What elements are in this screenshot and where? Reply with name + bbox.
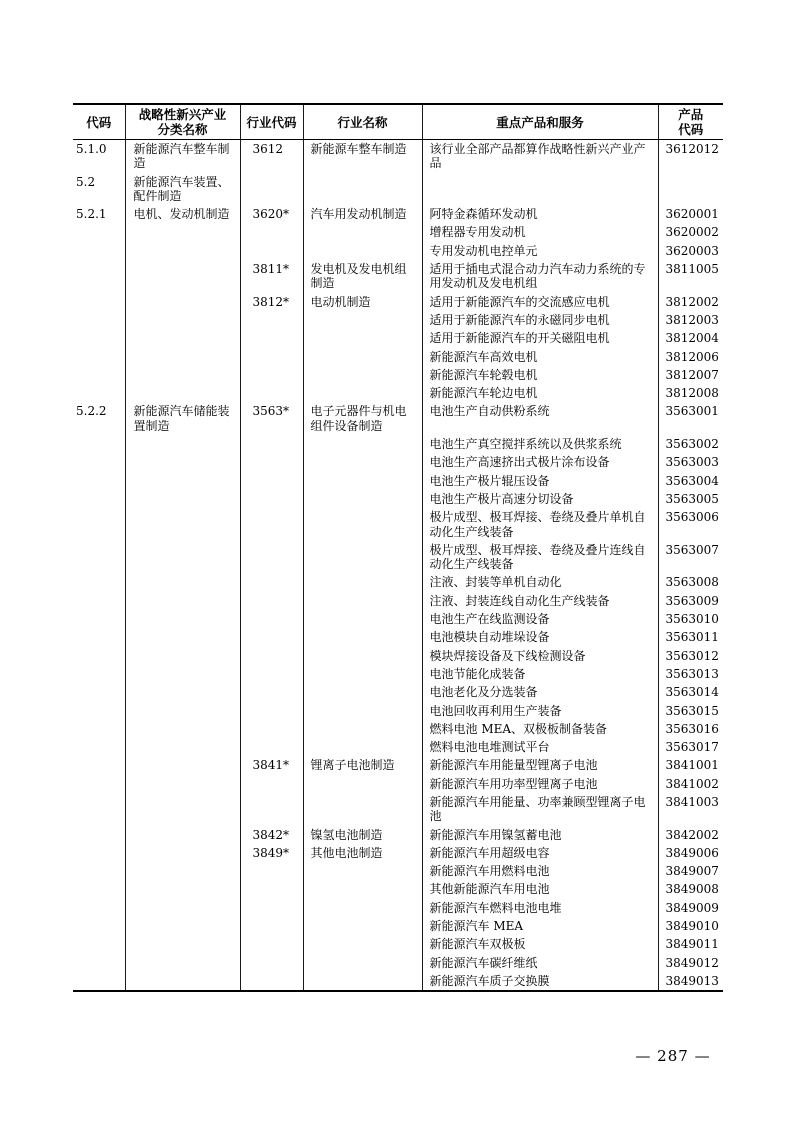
cell-code bbox=[73, 665, 125, 683]
cell-prod-code: 3563017 bbox=[658, 738, 723, 756]
cell-category bbox=[125, 935, 240, 953]
cell-ind-name bbox=[303, 775, 422, 793]
table-row: 电池生产极片辊压设备3563004 bbox=[73, 472, 723, 490]
cell-ind-name bbox=[303, 610, 422, 628]
header-product-code: 产品 代码 bbox=[658, 104, 723, 140]
cell-code bbox=[73, 702, 125, 720]
document-page: 代码 战略性新兴产业 分类名称 行业代码 行业名称 重点产品和服务 产品 代码 … bbox=[0, 0, 793, 1122]
cell-ind-name bbox=[303, 880, 422, 898]
cell-category bbox=[125, 702, 240, 720]
cell-prod-code: 3563004 bbox=[658, 472, 723, 490]
cell-code: 5.2.2 bbox=[73, 402, 125, 435]
table-row: 电池生产真空搅拌系统以及供浆系统3563002 bbox=[73, 435, 723, 453]
cell-ind-name: 汽车用发动机制造 bbox=[303, 205, 422, 223]
cell-ind-name: 发电机及发电机组制造 bbox=[303, 260, 422, 293]
cell-category bbox=[125, 384, 240, 402]
cell-code bbox=[73, 366, 125, 384]
cell-ind-code bbox=[240, 541, 303, 574]
cell-prod-code: 3849012 bbox=[658, 954, 723, 972]
cell-ind-name bbox=[303, 384, 422, 402]
cell-ind-name bbox=[303, 972, 422, 991]
cell-product: 电池生产在线监测设备 bbox=[422, 610, 658, 628]
cell-category bbox=[125, 826, 240, 844]
cell-ind-name bbox=[303, 665, 422, 683]
cell-ind-name bbox=[303, 348, 422, 366]
cell-ind-name bbox=[303, 573, 422, 591]
cell-product: 新能源汽车燃料电池电堆 bbox=[422, 899, 658, 917]
cell-product: 新能源汽车用镍氢蓄电池 bbox=[422, 826, 658, 844]
cell-code bbox=[73, 242, 125, 260]
cell-prod-code: 3563007 bbox=[658, 541, 723, 574]
cell-category bbox=[125, 683, 240, 701]
cell-ind-name bbox=[303, 508, 422, 541]
table-row: 5.2新能源汽车装置、配件制造 bbox=[73, 173, 723, 206]
table-row: 电池生产在线监测设备3563010 bbox=[73, 610, 723, 628]
cell-prod-code: 3849008 bbox=[658, 880, 723, 898]
cell-product: 其他新能源汽车用电池 bbox=[422, 880, 658, 898]
cell-code bbox=[73, 490, 125, 508]
cell-ind-name bbox=[303, 917, 422, 935]
cell-ind-code bbox=[240, 223, 303, 241]
table-row: 极片成型、极耳焊接、卷绕及叠片连线自动化生产线装备3563007 bbox=[73, 541, 723, 574]
cell-ind-code bbox=[240, 366, 303, 384]
table-row: 其他新能源汽车用电池3849008 bbox=[73, 880, 723, 898]
cell-category bbox=[125, 329, 240, 347]
cell-ind-name bbox=[303, 702, 422, 720]
cell-product: 阿特金森循环发动机 bbox=[422, 205, 658, 223]
table-row: 极片成型、极耳焊接、卷绕及叠片单机自动化生产线装备3563006 bbox=[73, 508, 723, 541]
cell-ind-name bbox=[303, 311, 422, 329]
cell-code bbox=[73, 899, 125, 917]
cell-code bbox=[73, 880, 125, 898]
table-body: 5.1.0新能源汽车整车制造3612新能源车整车制造该行业全部产品都算作战略性新… bbox=[73, 140, 723, 992]
cell-ind-code bbox=[240, 453, 303, 471]
cell-ind-code bbox=[240, 508, 303, 541]
cell-prod-code: 3563014 bbox=[658, 683, 723, 701]
cell-code bbox=[73, 720, 125, 738]
cell-category bbox=[125, 775, 240, 793]
cell-prod-code: 3812006 bbox=[658, 348, 723, 366]
cell-ind-name: 新能源车整车制造 bbox=[303, 140, 422, 173]
cell-code bbox=[73, 647, 125, 665]
cell-prod-code: 3812003 bbox=[658, 311, 723, 329]
cell-category bbox=[125, 311, 240, 329]
cell-ind-code: 3563* bbox=[240, 402, 303, 435]
cell-ind-code: 3612 bbox=[240, 140, 303, 173]
cell-ind-name bbox=[303, 793, 422, 826]
cell-ind-code bbox=[240, 665, 303, 683]
classification-table: 代码 战略性新兴产业 分类名称 行业代码 行业名称 重点产品和服务 产品 代码 … bbox=[73, 103, 723, 992]
cell-ind-code bbox=[240, 173, 303, 206]
table-row: 增程器专用发动机3620002 bbox=[73, 223, 723, 241]
cell-prod-code: 3563012 bbox=[658, 647, 723, 665]
cell-ind-name bbox=[303, 935, 422, 953]
cell-category bbox=[125, 665, 240, 683]
table-row: 模块焊接设备及下线检测设备3563012 bbox=[73, 647, 723, 665]
cell-ind-code bbox=[240, 490, 303, 508]
cell-category bbox=[125, 647, 240, 665]
cell-ind-name bbox=[303, 720, 422, 738]
cell-product: 电池生产极片高速分切设备 bbox=[422, 490, 658, 508]
cell-category bbox=[125, 793, 240, 826]
table-row: 电池生产高速挤出式极片涂布设备3563003 bbox=[73, 453, 723, 471]
cell-category bbox=[125, 756, 240, 774]
cell-ind-code bbox=[240, 862, 303, 880]
cell-product: 适用于新能源汽车的交流感应电机 bbox=[422, 293, 658, 311]
cell-product: 新能源汽车质子交换膜 bbox=[422, 972, 658, 991]
cell-product: 电池生产真空搅拌系统以及供浆系统 bbox=[422, 435, 658, 453]
table-row: 专用发动机电控单元3620003 bbox=[73, 242, 723, 260]
cell-ind-code bbox=[240, 472, 303, 490]
cell-prod-code: 3620001 bbox=[658, 205, 723, 223]
table-row: 新能源汽车双极板3849011 bbox=[73, 935, 723, 953]
cell-category bbox=[125, 453, 240, 471]
cell-code bbox=[73, 756, 125, 774]
cell-ind-name bbox=[303, 954, 422, 972]
cell-code bbox=[73, 793, 125, 826]
cell-prod-code: 3563015 bbox=[658, 702, 723, 720]
cell-ind-name bbox=[303, 223, 422, 241]
cell-ind-code bbox=[240, 954, 303, 972]
cell-category bbox=[125, 472, 240, 490]
cell-ind-name: 其他电池制造 bbox=[303, 844, 422, 862]
cell-category bbox=[125, 880, 240, 898]
cell-ind-code bbox=[240, 384, 303, 402]
cell-ind-name: 电子元器件与机电组件设备制造 bbox=[303, 402, 422, 435]
table-row: 新能源汽车轮毂电机3812007 bbox=[73, 366, 723, 384]
cell-ind-code bbox=[240, 628, 303, 646]
cell-ind-code bbox=[240, 793, 303, 826]
cell-ind-name bbox=[303, 453, 422, 471]
cell-code bbox=[73, 935, 125, 953]
cell-ind-code bbox=[240, 242, 303, 260]
table-row: 燃料电池 MEA、双极板制备装备3563016 bbox=[73, 720, 723, 738]
cell-code bbox=[73, 683, 125, 701]
cell-product: 新能源汽车轮边电机 bbox=[422, 384, 658, 402]
table-row: 新能源汽车用燃料电池3849007 bbox=[73, 862, 723, 880]
cell-code bbox=[73, 348, 125, 366]
table-row: 3841*锂离子电池制造新能源汽车用能量型锂离子电池3841001 bbox=[73, 756, 723, 774]
cell-code bbox=[73, 592, 125, 610]
cell-category: 电机、发动机制造 bbox=[125, 205, 240, 223]
cell-prod-code: 3812008 bbox=[658, 384, 723, 402]
cell-product: 电池生产极片辊压设备 bbox=[422, 472, 658, 490]
header-industry-name: 行业名称 bbox=[303, 104, 422, 140]
table-row: 3849*其他电池制造新能源汽车用超级电容3849006 bbox=[73, 844, 723, 862]
cell-ind-name bbox=[303, 490, 422, 508]
cell-category bbox=[125, 628, 240, 646]
cell-prod-code: 3563005 bbox=[658, 490, 723, 508]
cell-prod-code: 3849013 bbox=[658, 972, 723, 991]
cell-ind-name bbox=[303, 899, 422, 917]
cell-code bbox=[73, 917, 125, 935]
cell-product: 新能源汽车轮毂电机 bbox=[422, 366, 658, 384]
cell-ind-code bbox=[240, 702, 303, 720]
cell-product: 新能源汽车用能量、功率兼顾型锂离子电池 bbox=[422, 793, 658, 826]
cell-product bbox=[422, 173, 658, 206]
cell-category bbox=[125, 490, 240, 508]
header-row: 代码 战略性新兴产业 分类名称 行业代码 行业名称 重点产品和服务 产品 代码 bbox=[73, 104, 723, 140]
cell-code bbox=[73, 329, 125, 347]
cell-category bbox=[125, 610, 240, 628]
table-row: 新能源汽车用能量、功率兼顾型锂离子电池3841003 bbox=[73, 793, 723, 826]
cell-ind-code bbox=[240, 329, 303, 347]
cell-product: 注液、封装等单机自动化 bbox=[422, 573, 658, 591]
cell-product: 模块焊接设备及下线检测设备 bbox=[422, 647, 658, 665]
cell-ind-name bbox=[303, 472, 422, 490]
cell-ind-code bbox=[240, 917, 303, 935]
cell-product: 增程器专用发动机 bbox=[422, 223, 658, 241]
table-row: 新能源汽车燃料电池电堆3849009 bbox=[73, 899, 723, 917]
cell-ind-code: 3811* bbox=[240, 260, 303, 293]
cell-ind-code bbox=[240, 972, 303, 991]
cell-product: 新能源汽车双极板 bbox=[422, 935, 658, 953]
cell-ind-name bbox=[303, 628, 422, 646]
table-row: 3812*电动机制造适用于新能源汽车的交流感应电机3812002 bbox=[73, 293, 723, 311]
cell-code bbox=[73, 293, 125, 311]
cell-category bbox=[125, 917, 240, 935]
table-row: 电池回收再利用生产装备3563015 bbox=[73, 702, 723, 720]
table-row: 新能源汽车高效电机3812006 bbox=[73, 348, 723, 366]
cell-product: 新能源汽车高效电机 bbox=[422, 348, 658, 366]
cell-code bbox=[73, 738, 125, 756]
table-row: 5.1.0新能源汽车整车制造3612新能源车整车制造该行业全部产品都算作战略性新… bbox=[73, 140, 723, 173]
cell-code bbox=[73, 435, 125, 453]
cell-category bbox=[125, 899, 240, 917]
cell-category bbox=[125, 348, 240, 366]
table-row: 3842*镍氢电池制造新能源汽车用镍氢蓄电池3842002 bbox=[73, 826, 723, 844]
cell-category bbox=[125, 366, 240, 384]
cell-code bbox=[73, 541, 125, 574]
table-row: 适用于新能源汽车的开关磁阻电机3812004 bbox=[73, 329, 723, 347]
table-row: 新能源汽车轮边电机3812008 bbox=[73, 384, 723, 402]
cell-category bbox=[125, 573, 240, 591]
cell-ind-name bbox=[303, 435, 422, 453]
table-row: 新能源汽车用功率型锂离子电池3841002 bbox=[73, 775, 723, 793]
cell-code: 5.1.0 bbox=[73, 140, 125, 173]
cell-ind-code bbox=[240, 935, 303, 953]
table-row: 电池生产极片高速分切设备3563005 bbox=[73, 490, 723, 508]
cell-prod-code: 3812007 bbox=[658, 366, 723, 384]
cell-ind-name bbox=[303, 366, 422, 384]
cell-category: 新能源汽车储能装置制造 bbox=[125, 402, 240, 435]
cell-product: 电池生产自动供粉系统 bbox=[422, 402, 658, 435]
cell-prod-code: 3563001 bbox=[658, 402, 723, 435]
cell-code bbox=[73, 223, 125, 241]
cell-ind-code: 3849* bbox=[240, 844, 303, 862]
cell-prod-code: 3563010 bbox=[658, 610, 723, 628]
cell-prod-code: 3563016 bbox=[658, 720, 723, 738]
cell-product: 电池生产高速挤出式极片涂布设备 bbox=[422, 453, 658, 471]
cell-category bbox=[125, 508, 240, 541]
cell-ind-name bbox=[303, 738, 422, 756]
cell-code bbox=[73, 862, 125, 880]
table-row: 5.2.2新能源汽车储能装置制造3563*电子元器件与机电组件设备制造电池生产自… bbox=[73, 402, 723, 435]
cell-prod-code: 3563009 bbox=[658, 592, 723, 610]
cell-product: 极片成型、极耳焊接、卷绕及叠片连线自动化生产线装备 bbox=[422, 541, 658, 574]
cell-category bbox=[125, 862, 240, 880]
table-row: 注液、封装连线自动化生产线装备3563009 bbox=[73, 592, 723, 610]
cell-product: 燃料电池 MEA、双极板制备装备 bbox=[422, 720, 658, 738]
cell-prod-code: 3849009 bbox=[658, 899, 723, 917]
cell-ind-code bbox=[240, 720, 303, 738]
cell-code bbox=[73, 628, 125, 646]
table-row: 5.2.1电机、发动机制造3620*汽车用发动机制造阿特金森循环发动机36200… bbox=[73, 205, 723, 223]
cell-category bbox=[125, 972, 240, 991]
cell-product: 电池回收再利用生产装备 bbox=[422, 702, 658, 720]
cell-prod-code: 3841003 bbox=[658, 793, 723, 826]
cell-ind-code bbox=[240, 592, 303, 610]
table-row: 适用于新能源汽车的永磁同步电机3812003 bbox=[73, 311, 723, 329]
table-row: 电池模块自动堆垛设备3563011 bbox=[73, 628, 723, 646]
cell-ind-code: 3620* bbox=[240, 205, 303, 223]
cell-category bbox=[125, 435, 240, 453]
cell-prod-code: 3811005 bbox=[658, 260, 723, 293]
cell-ind-name: 电动机制造 bbox=[303, 293, 422, 311]
cell-category bbox=[125, 844, 240, 862]
cell-ind-name: 镍氢电池制造 bbox=[303, 826, 422, 844]
header-code: 代码 bbox=[73, 104, 125, 140]
cell-product: 新能源汽车用燃料电池 bbox=[422, 862, 658, 880]
cell-code bbox=[73, 826, 125, 844]
cell-product: 新能源汽车用超级电容 bbox=[422, 844, 658, 862]
cell-product: 适用于新能源汽车的永磁同步电机 bbox=[422, 311, 658, 329]
header-key-products: 重点产品和服务 bbox=[422, 104, 658, 140]
cell-product: 专用发动机电控单元 bbox=[422, 242, 658, 260]
cell-product: 极片成型、极耳焊接、卷绕及叠片单机自动化生产线装备 bbox=[422, 508, 658, 541]
cell-prod-code: 3612012 bbox=[658, 140, 723, 173]
cell-code bbox=[73, 610, 125, 628]
cell-code: 5.2 bbox=[73, 173, 125, 206]
cell-prod-code: 3849010 bbox=[658, 917, 723, 935]
cell-code bbox=[73, 954, 125, 972]
cell-product: 电池老化及分选装备 bbox=[422, 683, 658, 701]
cell-prod-code: 3849011 bbox=[658, 935, 723, 953]
cell-ind-name bbox=[303, 329, 422, 347]
table-row: 新能源汽车质子交换膜3849013 bbox=[73, 972, 723, 991]
cell-ind-code bbox=[240, 899, 303, 917]
cell-product: 新能源汽车 MEA bbox=[422, 917, 658, 935]
cell-ind-code: 3842* bbox=[240, 826, 303, 844]
cell-prod-code: 3841002 bbox=[658, 775, 723, 793]
cell-product: 电池模块自动堆垛设备 bbox=[422, 628, 658, 646]
cell-ind-name bbox=[303, 862, 422, 880]
cell-category bbox=[125, 738, 240, 756]
cell-product: 该行业全部产品都算作战略性新兴产业产品 bbox=[422, 140, 658, 173]
cell-code bbox=[73, 453, 125, 471]
cell-prod-code: 3812002 bbox=[658, 293, 723, 311]
cell-prod-code bbox=[658, 173, 723, 206]
cell-code bbox=[73, 384, 125, 402]
cell-product: 燃料电池电堆测试平台 bbox=[422, 738, 658, 756]
cell-code bbox=[73, 972, 125, 991]
cell-category: 新能源汽车装置、配件制造 bbox=[125, 173, 240, 206]
table-row: 新能源汽车 MEA3849010 bbox=[73, 917, 723, 935]
cell-code bbox=[73, 472, 125, 490]
cell-ind-name bbox=[303, 647, 422, 665]
cell-category bbox=[125, 242, 240, 260]
page-number: — 287 — bbox=[628, 1047, 718, 1065]
cell-code bbox=[73, 775, 125, 793]
header-category-name: 战略性新兴产业 分类名称 bbox=[125, 104, 240, 140]
cell-ind-code: 3812* bbox=[240, 293, 303, 311]
cell-ind-code bbox=[240, 775, 303, 793]
cell-product: 电池节能化成装备 bbox=[422, 665, 658, 683]
cell-product: 适用于插电式混合动力汽车动力系统的专用发动机及发电机组 bbox=[422, 260, 658, 293]
cell-prod-code: 3563008 bbox=[658, 573, 723, 591]
cell-prod-code: 3563003 bbox=[658, 453, 723, 471]
cell-prod-code: 3812004 bbox=[658, 329, 723, 347]
cell-code bbox=[73, 573, 125, 591]
table-row: 新能源汽车碳纤维纸3849012 bbox=[73, 954, 723, 972]
cell-ind-code bbox=[240, 435, 303, 453]
cell-category bbox=[125, 954, 240, 972]
cell-prod-code: 3563002 bbox=[658, 435, 723, 453]
cell-ind-code bbox=[240, 683, 303, 701]
cell-ind-name: 锂离子电池制造 bbox=[303, 756, 422, 774]
cell-product: 注液、封装连线自动化生产线装备 bbox=[422, 592, 658, 610]
cell-prod-code: 3563013 bbox=[658, 665, 723, 683]
cell-category bbox=[125, 592, 240, 610]
cell-code: 5.2.1 bbox=[73, 205, 125, 223]
cell-code bbox=[73, 844, 125, 862]
table-row: 注液、封装等单机自动化3563008 bbox=[73, 573, 723, 591]
cell-ind-name bbox=[303, 242, 422, 260]
cell-ind-code bbox=[240, 311, 303, 329]
cell-ind-name bbox=[303, 683, 422, 701]
cell-ind-code bbox=[240, 647, 303, 665]
cell-category bbox=[125, 260, 240, 293]
header-industry-code: 行业代码 bbox=[240, 104, 303, 140]
cell-product: 适用于新能源汽车的开关磁阻电机 bbox=[422, 329, 658, 347]
cell-category bbox=[125, 293, 240, 311]
cell-prod-code: 3563011 bbox=[658, 628, 723, 646]
cell-ind-code bbox=[240, 880, 303, 898]
cell-ind-code bbox=[240, 348, 303, 366]
cell-category bbox=[125, 720, 240, 738]
cell-ind-code bbox=[240, 610, 303, 628]
cell-code bbox=[73, 508, 125, 541]
cell-ind-code bbox=[240, 738, 303, 756]
cell-ind-code: 3841* bbox=[240, 756, 303, 774]
table-row: 电池节能化成装备3563013 bbox=[73, 665, 723, 683]
cell-prod-code: 3841001 bbox=[658, 756, 723, 774]
cell-prod-code: 3842002 bbox=[658, 826, 723, 844]
cell-category bbox=[125, 541, 240, 574]
cell-ind-name bbox=[303, 541, 422, 574]
cell-ind-name bbox=[303, 173, 422, 206]
cell-prod-code: 3620003 bbox=[658, 242, 723, 260]
cell-prod-code: 3563006 bbox=[658, 508, 723, 541]
cell-prod-code: 3849007 bbox=[658, 862, 723, 880]
table-header: 代码 战略性新兴产业 分类名称 行业代码 行业名称 重点产品和服务 产品 代码 bbox=[73, 104, 723, 140]
cell-product: 新能源汽车用能量型锂离子电池 bbox=[422, 756, 658, 774]
table-row: 燃料电池电堆测试平台3563017 bbox=[73, 738, 723, 756]
table-row: 3811*发电机及发电机组制造适用于插电式混合动力汽车动力系统的专用发动机及发电… bbox=[73, 260, 723, 293]
cell-code bbox=[73, 311, 125, 329]
cell-prod-code: 3849006 bbox=[658, 844, 723, 862]
cell-ind-name bbox=[303, 592, 422, 610]
cell-category bbox=[125, 223, 240, 241]
cell-code bbox=[73, 260, 125, 293]
cell-category: 新能源汽车整车制造 bbox=[125, 140, 240, 173]
table-row: 电池老化及分选装备3563014 bbox=[73, 683, 723, 701]
cell-product: 新能源汽车用功率型锂离子电池 bbox=[422, 775, 658, 793]
cell-prod-code: 3620002 bbox=[658, 223, 723, 241]
cell-product: 新能源汽车碳纤维纸 bbox=[422, 954, 658, 972]
cell-ind-code bbox=[240, 573, 303, 591]
